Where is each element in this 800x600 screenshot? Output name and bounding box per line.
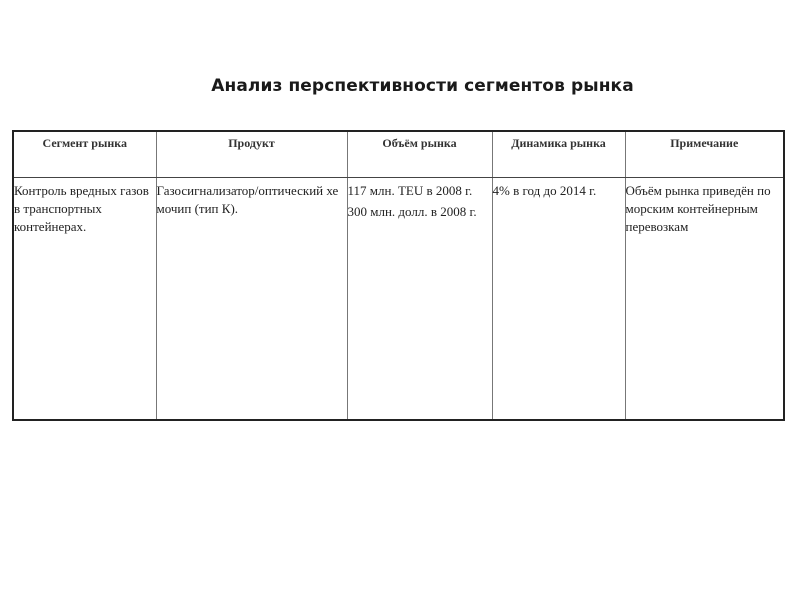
market-segments-table: Сегмент рынка Продукт Объём рынка Динами… <box>12 130 785 421</box>
volume-usd: 300 млн. долл. в 2008 г. <box>348 203 491 221</box>
header-note: Примечание <box>625 131 784 178</box>
volume-teu: 117 млн. TEU в 2008 г. <box>348 182 491 200</box>
cell-segment: Контроль вредных газов в транспортных ко… <box>13 178 156 421</box>
table-row: Контроль вредных газов в транспортных ко… <box>13 178 784 421</box>
header-market-volume: Объём рынка <box>347 131 492 178</box>
header-market-dynamics: Динамика рынка <box>492 131 625 178</box>
cell-note: Объём рынка приведён по морским контейне… <box>625 178 784 421</box>
cell-market-dynamics: 4% в год до 2014 г. <box>492 178 625 421</box>
cell-market-volume: 117 млн. TEU в 2008 г. 300 млн. долл. в … <box>347 178 492 421</box>
header-segment: Сегмент рынка <box>13 131 156 178</box>
cell-product: Газосигнализатор/оптический хемочип (тип… <box>156 178 347 421</box>
header-product: Продукт <box>156 131 347 178</box>
table-header-row: Сегмент рынка Продукт Объём рынка Динами… <box>13 131 784 178</box>
slide-title: Анализ перспективности сегментов рынка <box>0 76 800 96</box>
